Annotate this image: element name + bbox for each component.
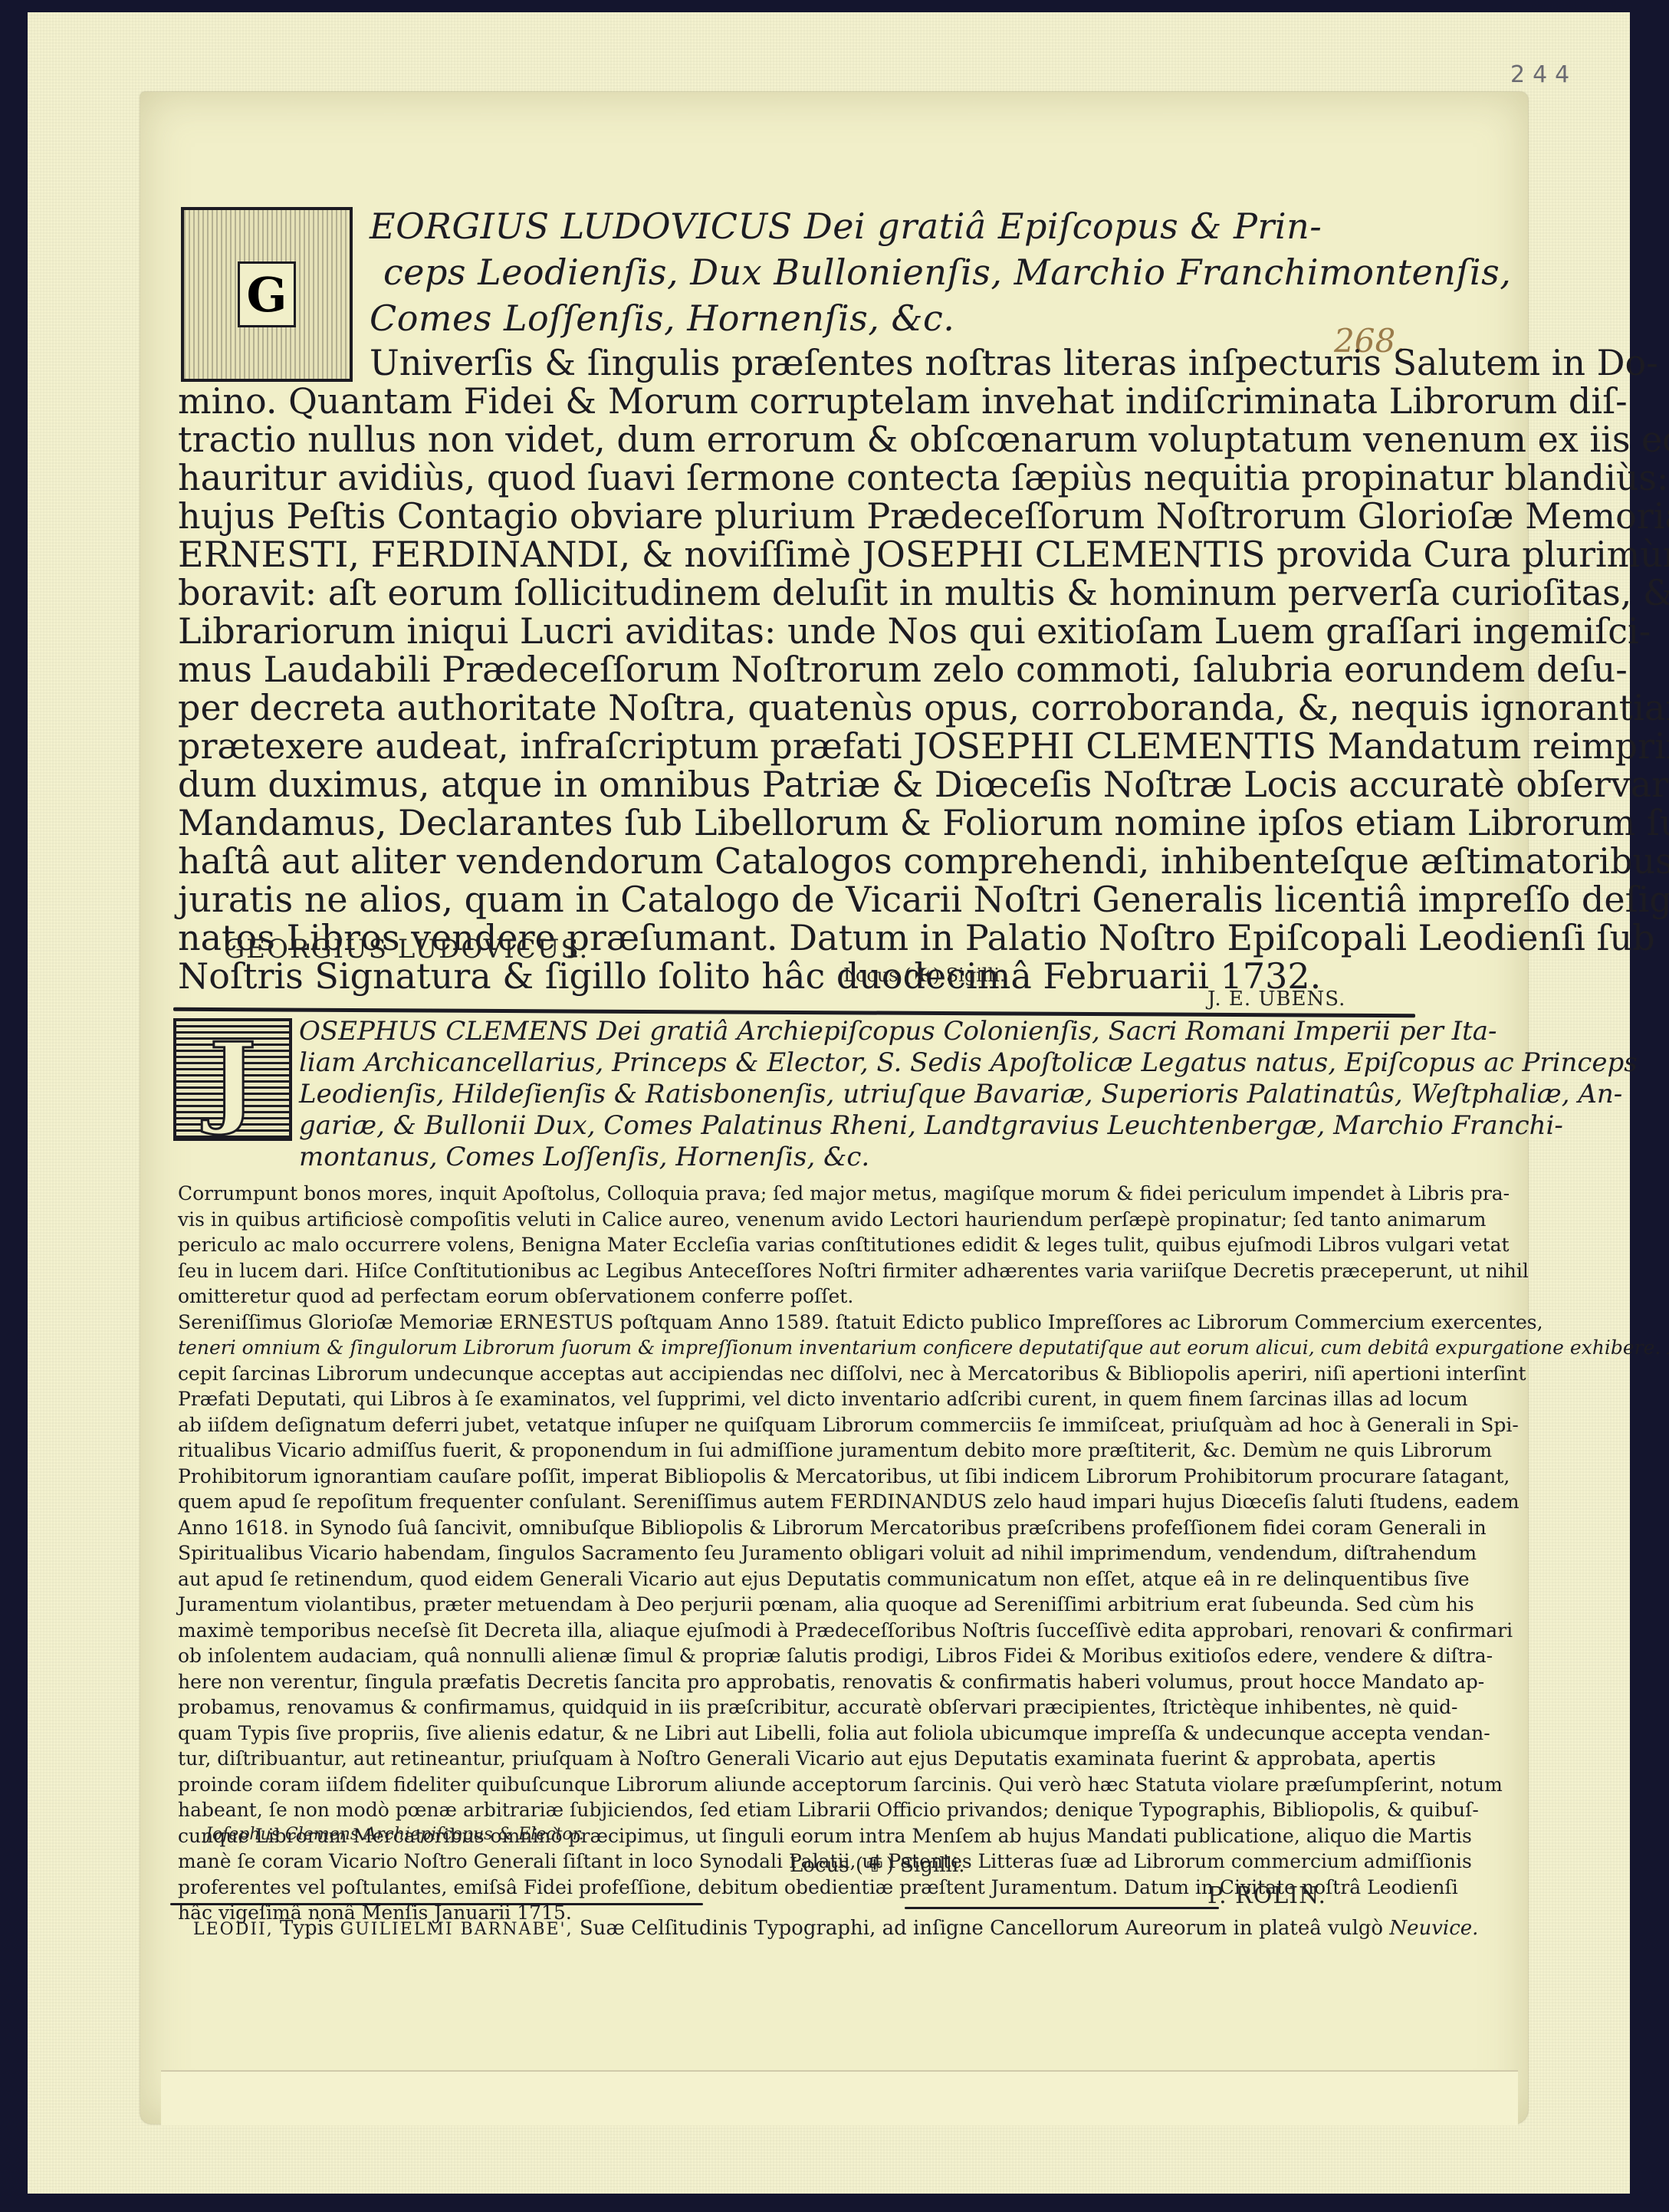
body-line: vis in quibus artificiosè compoſitis vel… [178, 1207, 1435, 1233]
body-line: omitteretur quod ad perfectam eorum obſe… [178, 1283, 1435, 1310]
body-line: Præfati Deputati, qui Libros à ſe examin… [178, 1386, 1435, 1412]
imprint-text: Suæ Celſitudinis Typographi, ad inſigne … [573, 1917, 1390, 1940]
body-line: Spiritualibus Vicario habendam, ſingulos… [178, 1540, 1435, 1566]
body-line: mus Laudabili Prædeceſſorum Noſtrorum ze… [178, 650, 1435, 689]
body-line: ob inſolentem audaciam, quâ nonnulli ali… [178, 1643, 1435, 1669]
body-line: proinde coram iiſdem fideliter quibuſcun… [178, 1772, 1435, 1798]
body-line: quem apud ſe repoſitum frequenter conſul… [178, 1489, 1435, 1515]
cross-icon: ✙ [866, 1854, 883, 1877]
body-line: tractio nullus non videt, dum errorum & … [178, 420, 1435, 459]
body-line: tur, diſtribuantur, aut retineantur, pri… [178, 1746, 1435, 1772]
body-line: habeant, ſe non modò pœnæ arbitrariæ ſub… [178, 1797, 1435, 1823]
countersignature-rolin: P. ROLIN. [1207, 1882, 1326, 1909]
body-line: boravit: aſt eorum ſollicitudinem deluſi… [178, 574, 1435, 612]
body-line: Anno 1618. in Synodo ſuâ ſancivit, omnib… [178, 1515, 1435, 1541]
body-line: probamus, renovamus & confirmamus, quidq… [178, 1694, 1435, 1721]
imprint-city: LEODII, [193, 1920, 274, 1939]
initial-letter: J [209, 1030, 257, 1129]
heading-line: Comes Loſſenſis, Hornenſis, &c. [370, 295, 1443, 341]
imprint-printer: GUILIELMI BARNABE', [340, 1920, 573, 1939]
heading-line: Leodienſis, Hildeſienſis & Ratisbonenſis… [299, 1079, 1418, 1110]
body-line: haſtâ aut aliter vendendorum Catalogos c… [178, 842, 1435, 880]
body-line: ritualibus Vicario admiſſus fuerit, & pr… [178, 1438, 1435, 1464]
body-line: hauritur avidiùs, quod ſuavi ſermone con… [178, 459, 1435, 497]
body-line: prætexere audeat, infraſcriptum præfati … [178, 727, 1435, 765]
heading-line: montanus, Comes Loſſenſis, Hornenſis, &c… [299, 1142, 1418, 1173]
archive-number: 244 [1510, 61, 1577, 88]
initial-letter: G [238, 261, 296, 327]
body-line: ERNESTI, FERDINANDI, & noviſſimè JOSEPHI… [178, 535, 1435, 574]
countersignature-ubens: J. E. UBENS. [1207, 988, 1345, 1011]
body-line: here non verentur, ſingula præfatis Decr… [178, 1669, 1435, 1695]
decree-body: Univerſis & ſingulis præſentes noſtras l… [178, 343, 1435, 995]
heading-line: ceps Leodienſis, Dux Bullonienſis, March… [370, 249, 1443, 295]
seal-label: ) Sigilli. [933, 965, 1006, 986]
footer-divider [905, 1907, 1219, 1909]
printer-imprint: LEODII, Typis GUILIELMI BARNABE', Suæ Ce… [193, 1917, 1478, 1940]
body-line: Sereniſſimus Glorioſæ Memoriæ ERNESTUS p… [178, 1310, 1435, 1336]
seal-label: Locus ( [790, 1854, 863, 1877]
paper-stain-edge [161, 2070, 1518, 2125]
body-line: quam Typis ſive propriis, ſive alienis e… [178, 1721, 1435, 1747]
imprint-text: Typis [274, 1917, 340, 1940]
body-line: Juramentum violantibus, præter metuendam… [178, 1592, 1435, 1618]
body-line: ab iiſdem deſignatum deferri jubet, veta… [178, 1412, 1435, 1438]
heading-line: liam Archicancellarius, Princeps & Elect… [299, 1047, 1418, 1079]
body-line: Prohibitorum ignorantiam cauſare poſſit,… [178, 1464, 1435, 1490]
body-line: maximè temporibus neceſsè ſit Decreta il… [178, 1618, 1435, 1644]
body-line: teneri omnium & ſingulorum Librorum ſuor… [178, 1335, 1435, 1361]
footer-divider [170, 1903, 703, 1905]
heading-line: gariæ, & Bullonii Dux, Comes Palatinus R… [299, 1110, 1418, 1142]
heading-line: EORGIUS LUDOVICUS Dei gratiâ Epiſcopus &… [370, 203, 1443, 249]
decree-heading: EORGIUS LUDOVICUS Dei gratiâ Epiſcopus &… [370, 203, 1443, 341]
imprint-street: Neuvice. [1389, 1917, 1478, 1940]
decorated-initial-j: J [173, 1018, 292, 1141]
signature-georgius-ludovicus: GEORGIUS LUDOVICUS. [224, 934, 589, 965]
seal-label: Locus ( [843, 965, 912, 986]
body-line: per decreta authoritate Noſtra, quatenùs… [178, 689, 1435, 727]
body-line: Librariorum iniqui Lucri aviditas: unde … [178, 612, 1435, 650]
body-line: juratis ne alios, quam in Catalogo de Vi… [178, 880, 1435, 919]
seal-place: Locus (✠) Sigilli. [843, 965, 1006, 986]
mandate-body: Corrumpunt bonos mores, inquit Apoſtolus… [178, 1181, 1435, 1926]
body-line: cepit ſarcinas Librorum undecunque accep… [178, 1361, 1435, 1387]
body-line: Corrumpunt bonos mores, inquit Apoſtolus… [178, 1181, 1435, 1207]
signature-josephus-clemens: Joſephus Clemens Archiepiſcopus & Electo… [205, 1825, 584, 1844]
cross-icon: ✠ [915, 965, 930, 986]
seal-place: Locus (✙) Sigilli. [790, 1854, 965, 1877]
seal-label: ) Sigilli. [886, 1854, 965, 1877]
body-line: hujus Peſtis Contagio obviare plurium Pr… [178, 497, 1435, 535]
body-line: aut apud ſe retinendum, quod eidem Gener… [178, 1566, 1435, 1592]
body-line: Univerſis & ſingulis præſentes noſtras l… [178, 343, 1435, 382]
body-line: Mandamus, Declarantes ſub Libellorum & F… [178, 804, 1435, 842]
heading-line: OSEPHUS CLEMENS Dei gratiâ Archiepiſcopu… [299, 1016, 1418, 1047]
mandate-heading: OSEPHUS CLEMENS Dei gratiâ Archiepiſcopu… [299, 1016, 1418, 1173]
body-line: dum duximus, atque in omnibus Patriæ & D… [178, 765, 1435, 804]
body-line: mino. Quantam Fidei & Morum corruptelam … [178, 382, 1435, 420]
body-line: ſeu in lucem dari. Hiſce Conſtitutionibu… [178, 1258, 1435, 1284]
body-line: periculo ac malo occurrere volens, Benig… [178, 1232, 1435, 1258]
